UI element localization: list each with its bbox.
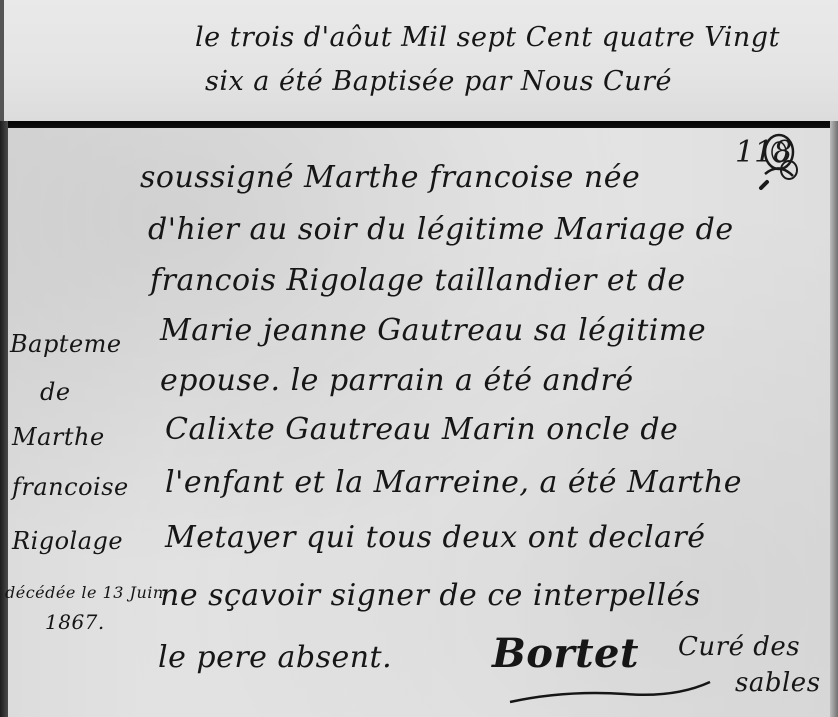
body-line-10: le pere absent. bbox=[158, 640, 392, 675]
previous-page-fragment: le trois d'aôut Mil sept Cent quatre Vin… bbox=[0, 0, 838, 121]
margin-line-2: de bbox=[40, 378, 71, 406]
body-line-2: d'hier au soir du légitime Mariage de bbox=[148, 212, 734, 247]
signature-title-2: sables bbox=[735, 668, 821, 698]
margin-death-note-1: décédée le 13 Juin bbox=[5, 583, 164, 602]
margin-line-3: Marthe bbox=[12, 423, 105, 451]
archive-stamp-icon bbox=[757, 132, 801, 190]
margin-line-1: Bapteme bbox=[10, 330, 122, 358]
body-line-5: epouse. le parrain a été andré bbox=[160, 363, 634, 398]
left-binding-shadow bbox=[0, 121, 8, 717]
margin-death-note-2: 1867. bbox=[45, 610, 105, 634]
body-line-6: Calixte Gautreau Marin oncle de bbox=[165, 412, 678, 447]
top-fragment-line-2: six a été Baptisée par Nous Curé bbox=[205, 66, 672, 97]
body-line-9: ne sçavoir signer de ce interpellés bbox=[160, 578, 701, 613]
margin-line-4: francoise bbox=[12, 473, 129, 501]
body-line-7: l'enfant et la Marreine, a été Marthe bbox=[165, 465, 742, 500]
body-line-3: francois Rigolage taillandier et de bbox=[150, 263, 686, 298]
signature-title-1: Curé des bbox=[678, 632, 800, 662]
signature-name: Bortet bbox=[492, 630, 639, 677]
right-edge-shadow bbox=[830, 121, 838, 717]
margin-line-5: Rigolage bbox=[12, 527, 123, 555]
body-line-8: Metayer qui tous deux ont declaré bbox=[165, 520, 706, 555]
body-line-4: Marie jeanne Gautreau sa légitime bbox=[160, 313, 706, 348]
signature-flourish-icon bbox=[505, 680, 725, 710]
body-line-1: soussigné Marthe francoise née bbox=[140, 160, 640, 195]
top-fragment-line-1: le trois d'aôut Mil sept Cent quatre Vin… bbox=[195, 22, 780, 53]
page-edge bbox=[0, 0, 4, 121]
